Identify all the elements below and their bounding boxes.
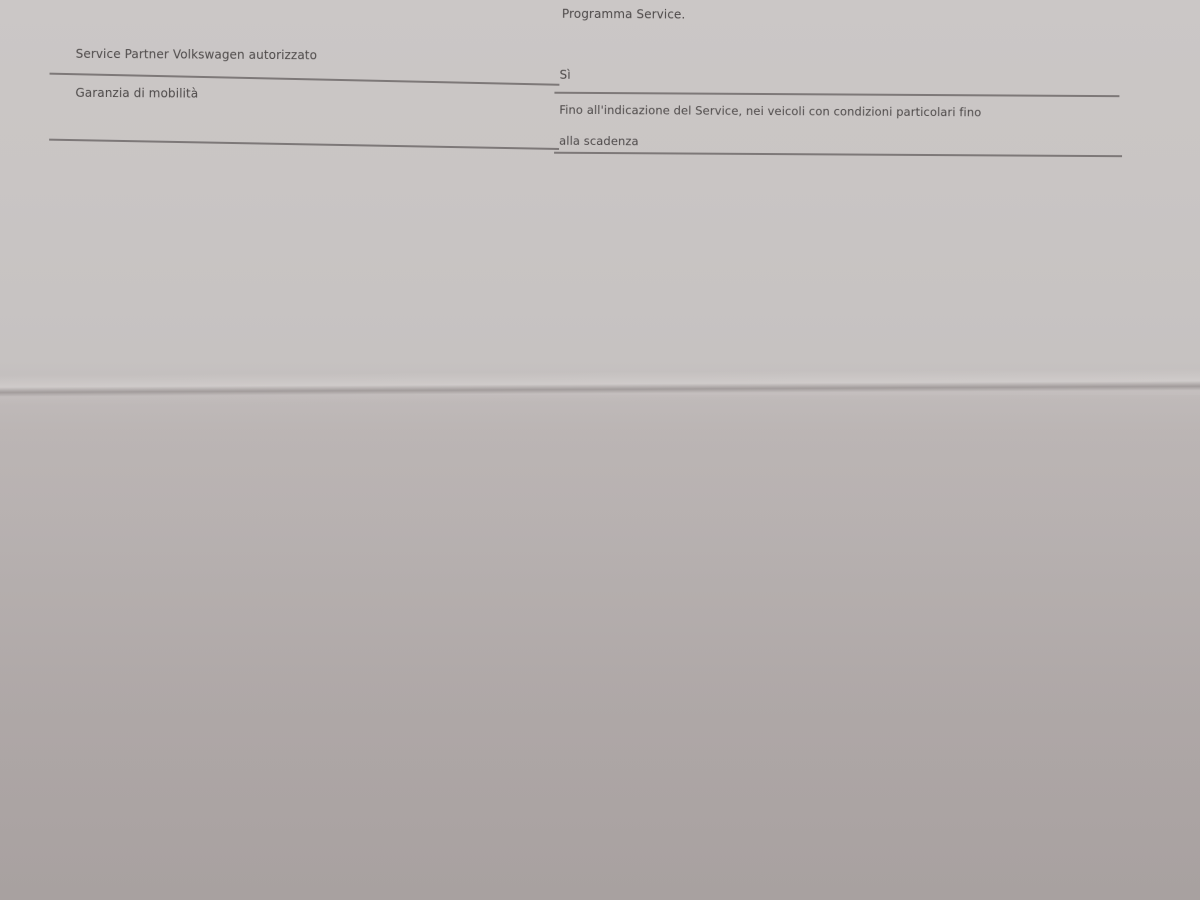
bottom-divider-right <box>554 152 1122 157</box>
bottom-divider-left <box>49 139 559 150</box>
row-2-label: Garanzia di mobilità <box>75 86 198 101</box>
row-1-label: Service Partner Volkswagen autorizzato <box>76 47 317 62</box>
row-1-value: Sì <box>559 68 570 82</box>
paper-fold-crease <box>0 369 1200 405</box>
row-0-value-line-0: Programma Service. <box>562 7 686 22</box>
row-divider-right <box>554 92 1119 97</box>
row-2-value-line-1: alla scadenza <box>559 134 639 148</box>
document-page: Programma Service. Service Partner Volks… <box>0 0 1200 900</box>
row-2-value-line-0: Fino all'indicazione del Service, nei ve… <box>559 103 981 120</box>
row-divider-left <box>50 73 560 86</box>
